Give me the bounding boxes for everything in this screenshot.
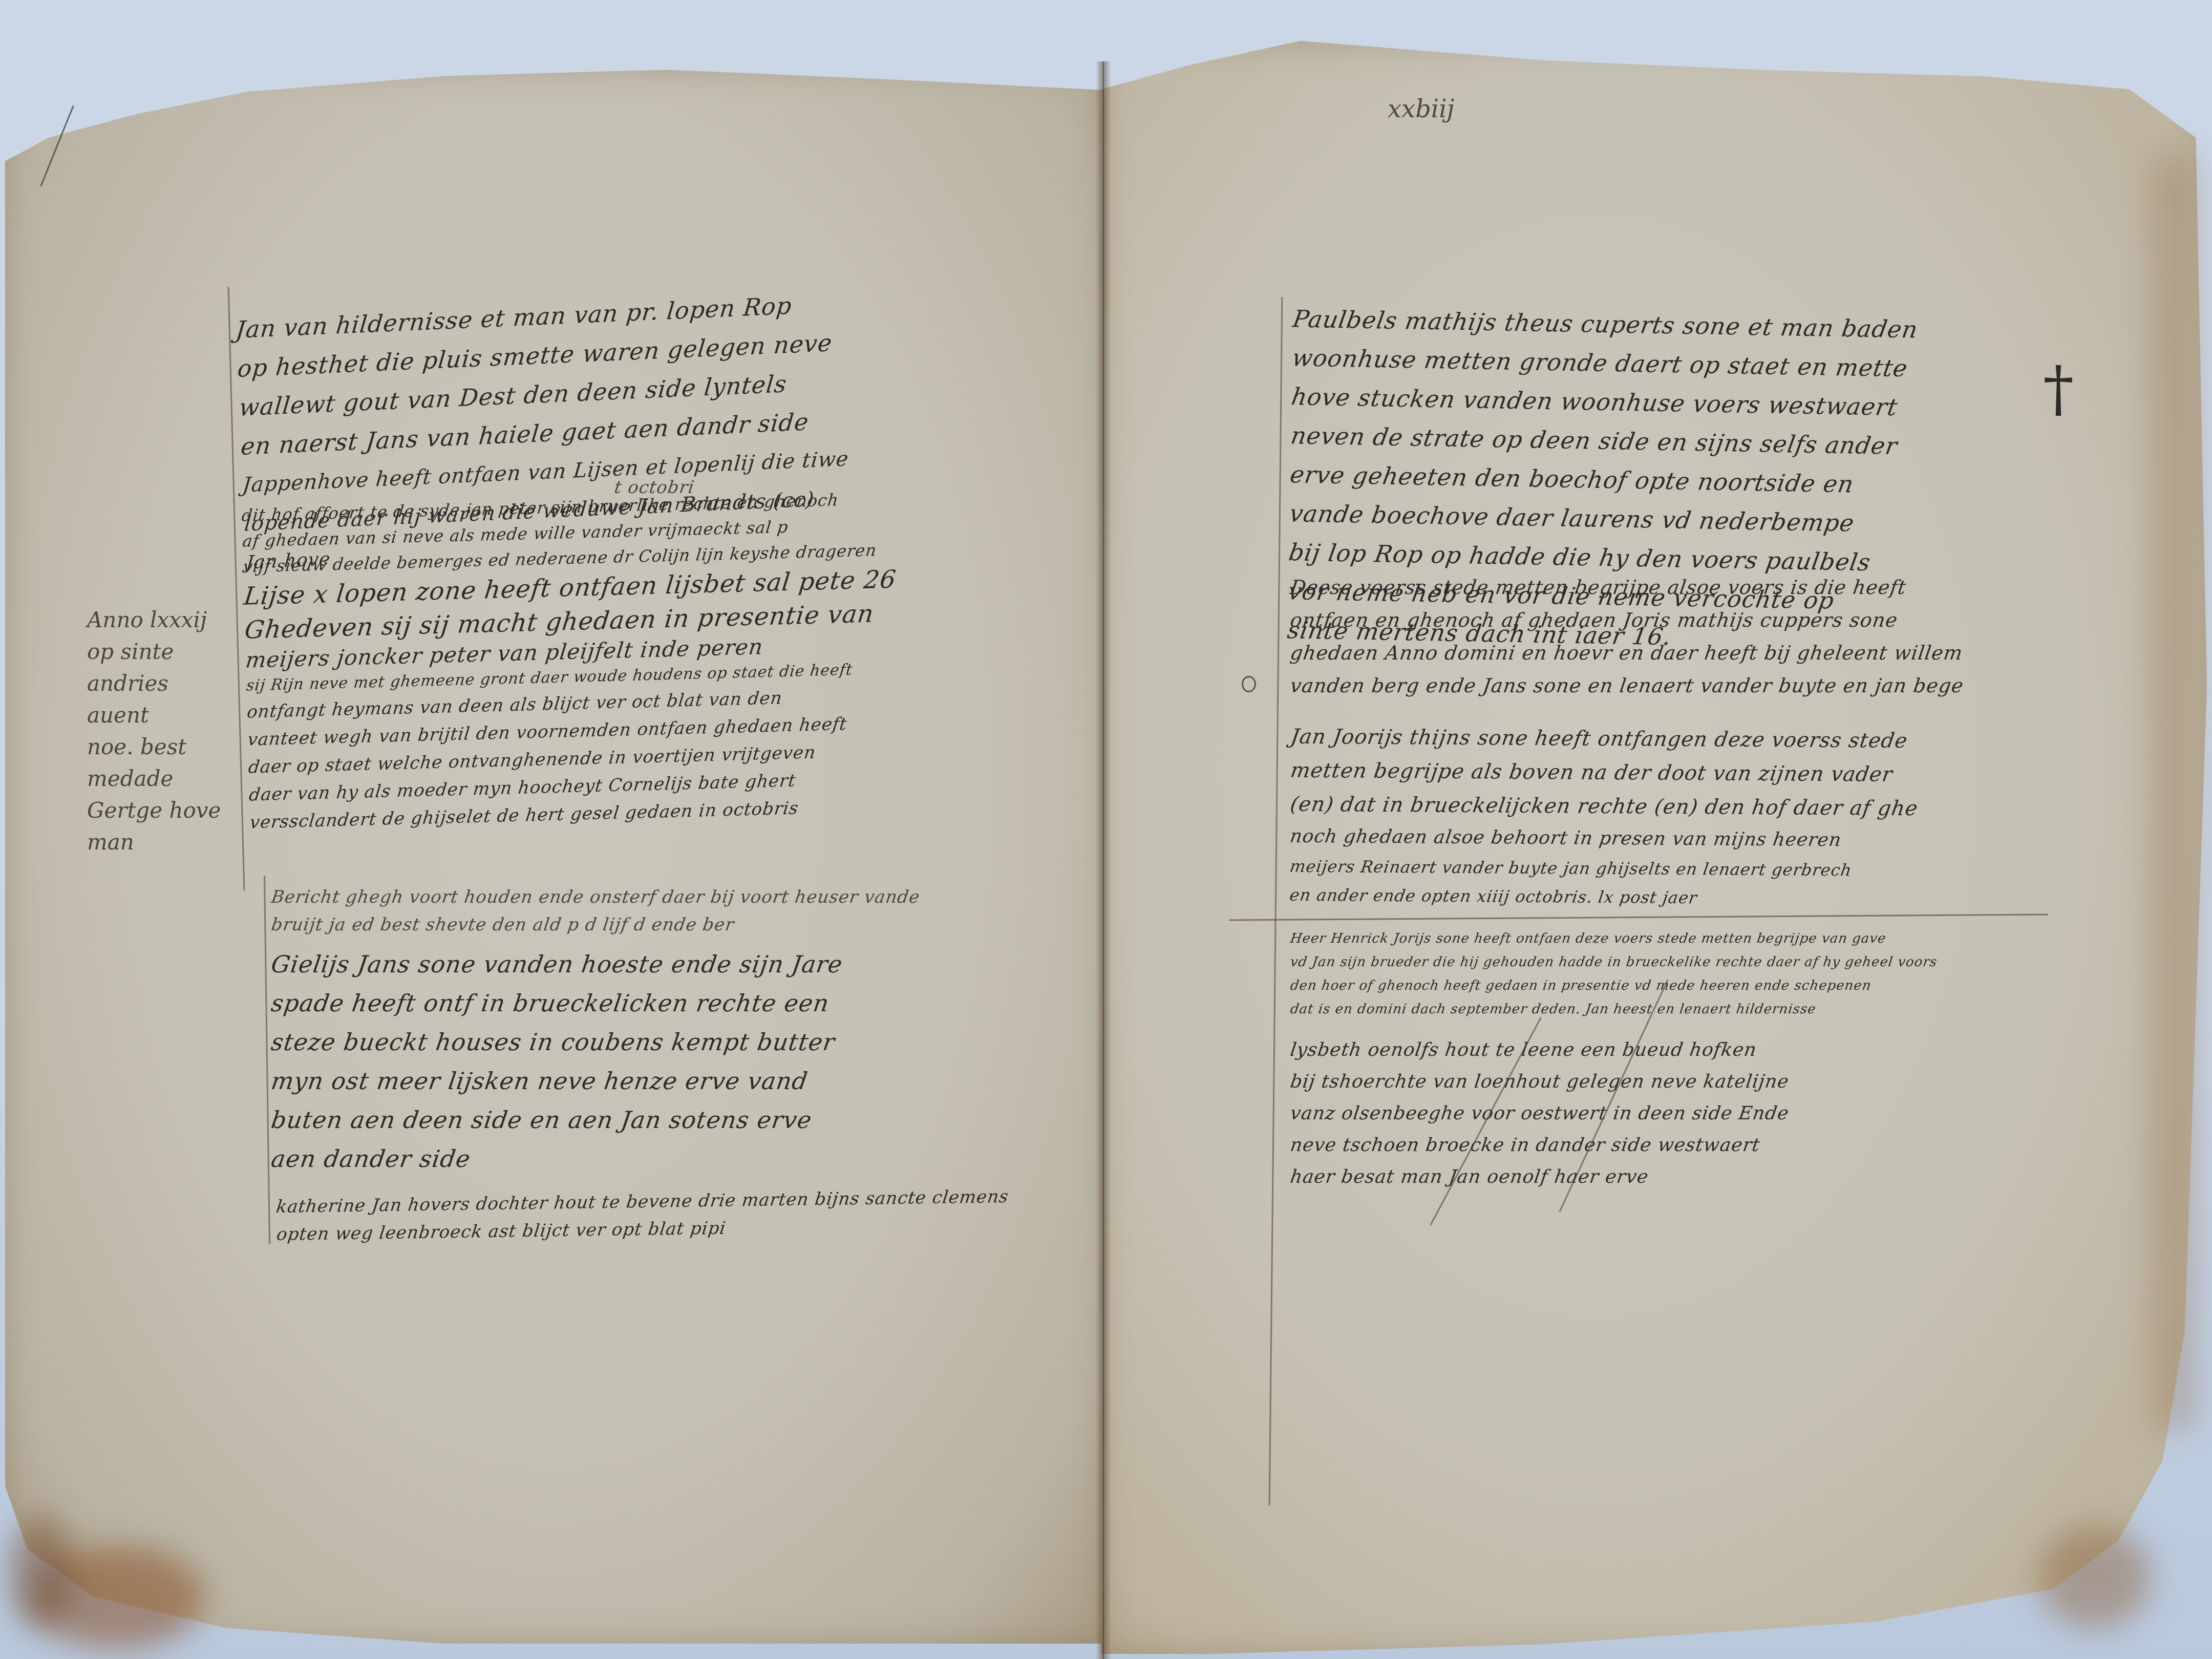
text-line: Heer Henrick Jorijs sone heeft ontfaen d…: [1289, 927, 1939, 950]
entry-lysbeth-oenolfs: lysbeth oenolfs hout te leene een bueud …: [1290, 1034, 1789, 1193]
edge-stain-bottom-right: [2038, 1526, 2151, 1628]
text-line: vd Jan sijn brueder die hij gehouden had…: [1289, 950, 1939, 974]
text-line: (en) dat in brueckelijcken rechte (en) d…: [1288, 788, 1920, 825]
edge-stain-right: [2151, 154, 2197, 1434]
text-line: ontfaen en ghenoch af ghedaen Joris math…: [1288, 604, 1966, 636]
text-line: lysbeth oenolfs hout te leene een bueud …: [1288, 1034, 1791, 1066]
book-gutter: [1096, 61, 1111, 1659]
text-line: Jan Joorijs thijns sone heeft ontfangen …: [1288, 720, 1921, 758]
margin-line: auent: [87, 699, 221, 731]
text-line: vanz olsenbeeghe voor oestwert in deen s…: [1288, 1098, 1791, 1130]
text-line: meijers Reinaert vander buyte jan ghijse…: [1288, 852, 1920, 885]
text-line: vanden berg ende Jans sone en lenaert va…: [1288, 669, 1966, 702]
text-line: neve tschoen broecke in dander side west…: [1288, 1130, 1791, 1161]
margin-line: op sinte: [87, 636, 221, 668]
text-line: Bericht ghegh voort houden ende onsterf …: [269, 883, 922, 911]
folio-number: xxbiij: [1388, 95, 1454, 123]
manuscript-photo: Jan van hildernisse et man van pr. lopen…: [0, 0, 2212, 1659]
entry-jan-joorijs: Jan Joorijs thijns sone heeft ontfangen …: [1290, 720, 1919, 914]
margin-line: andries: [87, 668, 221, 699]
entry-katherine: katherine Jan hovers dochter hout te bev…: [276, 1183, 1009, 1248]
text-line: haer besat man Jan oenolf haer erve: [1288, 1161, 1791, 1193]
text-line: den hoer of ghenoch heeft gedaen in pres…: [1289, 974, 1939, 997]
text-line: ghedaen Anno domini en hoevr en daer hee…: [1288, 636, 1966, 669]
entry-deese-voerss-stede: Deese voerss stede metten begrijpe alsoe…: [1290, 571, 1964, 702]
margin-line: medade: [87, 763, 221, 795]
entry-gielijs-jans: Gielijs Jans sone vanden hoeste ende sij…: [271, 945, 843, 1178]
text-line: noch ghedaen alsoe behoort in presen van…: [1288, 821, 1920, 856]
text-line: Deese voerss stede metten begrijpe alsoe…: [1288, 571, 1966, 604]
text-line: buten aen deen side en aen Jan sotens er…: [269, 1100, 845, 1139]
entry-heer-henrick: Heer Henrick Jorijs sone heeft ontfaen d…: [1290, 927, 1937, 1021]
text-line: bruijt ja ed best shevte den ald p d lij…: [269, 911, 922, 939]
text-line: metten begrijpe als boven na der doot va…: [1288, 754, 1921, 792]
text-line: myn ost meer lijsken neve henze erve van…: [269, 1061, 845, 1100]
text-line: bij tshoerchte van loenhout gelegen neve…: [1288, 1066, 1791, 1098]
margin-circle-mark: [1242, 676, 1256, 692]
margin-line: noe. best: [87, 731, 221, 763]
text-line: Gielijs Jans sone vanden hoeste ende sij…: [269, 945, 845, 984]
text-line: aen dander side: [269, 1139, 845, 1178]
left-margin-note: Anno lxxxij op sinte andries auent noe. …: [87, 604, 221, 858]
margin-line: Anno lxxxij: [87, 604, 221, 636]
text-line: steze bueckt houses in coubens kempt but…: [269, 1023, 845, 1061]
water-stain-bottom-left-2: [10, 1516, 72, 1628]
margin-line: man: [87, 826, 221, 858]
margin-line: Gertge hove: [87, 795, 221, 826]
cross-mark-icon: †: [2043, 358, 2074, 420]
text-line: spade heeft ontf in brueckelicken rechte…: [269, 984, 845, 1023]
text-line: en ander ende opten xiiij octobris. lx p…: [1288, 881, 1920, 913]
entry-bericht: Bericht ghegh voort houden ende onsterf …: [271, 883, 920, 939]
entry-lijse-lopen: dit hof affoert te de syde jan peter sij…: [242, 485, 903, 836]
text-line: dat is en domini dach september deden. J…: [1289, 997, 1939, 1021]
